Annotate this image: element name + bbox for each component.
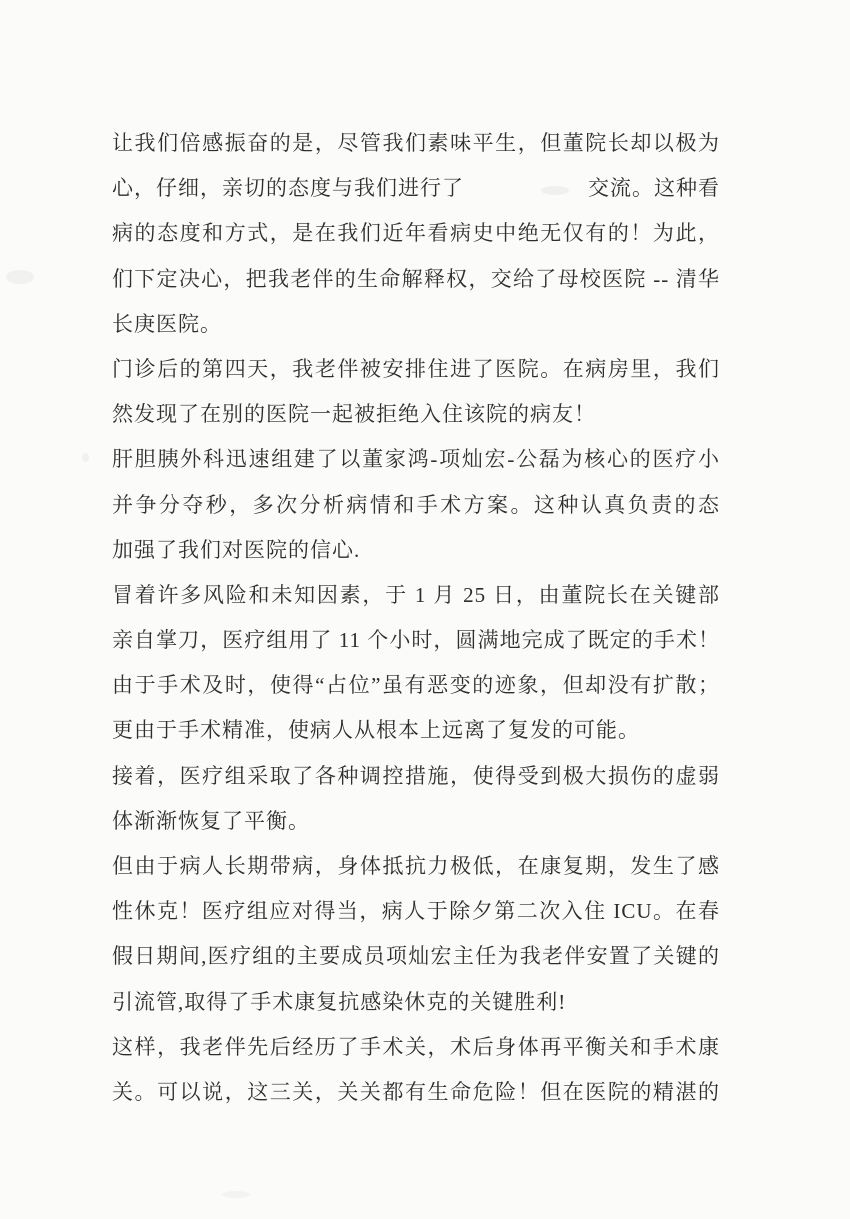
text-line: 这样，我老伴先后经历了手术关，术后身体再平衡关和手术康复 <box>112 1025 720 1070</box>
scan-smudge <box>6 270 34 284</box>
text-line: 门诊后的第四天，我老伴被安排住进了医院。在病房里，我们竟 <box>112 347 720 392</box>
text-line: 体渐渐恢复了平衡。 <box>112 799 720 844</box>
text-line: 亲自掌刀，医疗组用了 11 个小时，圆满地完成了既定的手术！ <box>112 618 720 663</box>
text-line: 接着，医疗组采取了各种调控措施，使得受到极大损伤的虚弱身 <box>112 754 720 799</box>
text-line-with-erased-gap: 心，仔细，亲切的态度与我们进行了 交流。这种看 <box>112 166 720 211</box>
text-line: 冒着许多风险和未知因素，于 1 月 25 日，由董院长在关键部位 <box>112 573 720 618</box>
gap-line-left-text: 心，仔细，亲切的态度与我们进行了 <box>112 166 464 211</box>
text-line: 们下定决心，把我老伴的生命解释权，交给了母校医院 -- 清华 <box>112 257 720 302</box>
scanned-document-page: 让我们倍感振奋的是，尽管我们素味平生，但董院长却以极为耐 心，仔细，亲切的态度与… <box>0 0 850 1219</box>
text-line: 由于手术及时，使得“占位”虽有恶变的迹象，但却没有扩散； <box>112 663 720 708</box>
text-line: 肝胆胰外科迅速组建了以董家鸿-项灿宏-公磊为核心的医疗小组 <box>112 437 720 482</box>
text-line: 关。可以说，这三关，关关都有生命危险！但在医院的精湛的医 <box>112 1070 720 1115</box>
text-line: 性休克！医疗组应对得当，病人于除夕第二次入住 ICU。在春节 <box>112 889 720 934</box>
text-line: 引流管,取得了手术康复抗感染休克的关键胜利! <box>112 980 720 1025</box>
text-line: 长庚医院。 <box>112 302 720 347</box>
text-line: 病的态度和方式，是在我们近年看病史中绝无仅有的！为此，我 <box>112 211 720 256</box>
gap-line-right-text: 交流。这种看 <box>588 166 720 211</box>
scan-smudge <box>222 1191 250 1198</box>
letter-body: 让我们倍感振奋的是，尽管我们素味平生，但董院长却以极为耐 心，仔细，亲切的态度与… <box>112 121 720 1115</box>
text-line: 更由于手术精准，使病人从根本上远离了复发的可能。 <box>112 708 720 753</box>
text-line: 让我们倍感振奋的是，尽管我们素味平生，但董院长却以极为耐 <box>112 121 720 166</box>
text-line: 加强了我们对医院的信心. <box>112 528 720 573</box>
text-line: 然发现了在别的医院一起被拒绝入住该院的病友！ <box>112 392 720 437</box>
text-line: 假日期间,医疗组的主要成员项灿宏主任为我老伴安置了关键的 <box>112 934 720 979</box>
scan-smudge <box>82 453 89 462</box>
text-line: 但由于病人长期带病，身体抵抗力极低，在康复期，发生了感染 <box>112 844 720 889</box>
text-line: 并争分夺秒，多次分析病情和手术方案。这种认真负责的态度， <box>112 483 720 528</box>
